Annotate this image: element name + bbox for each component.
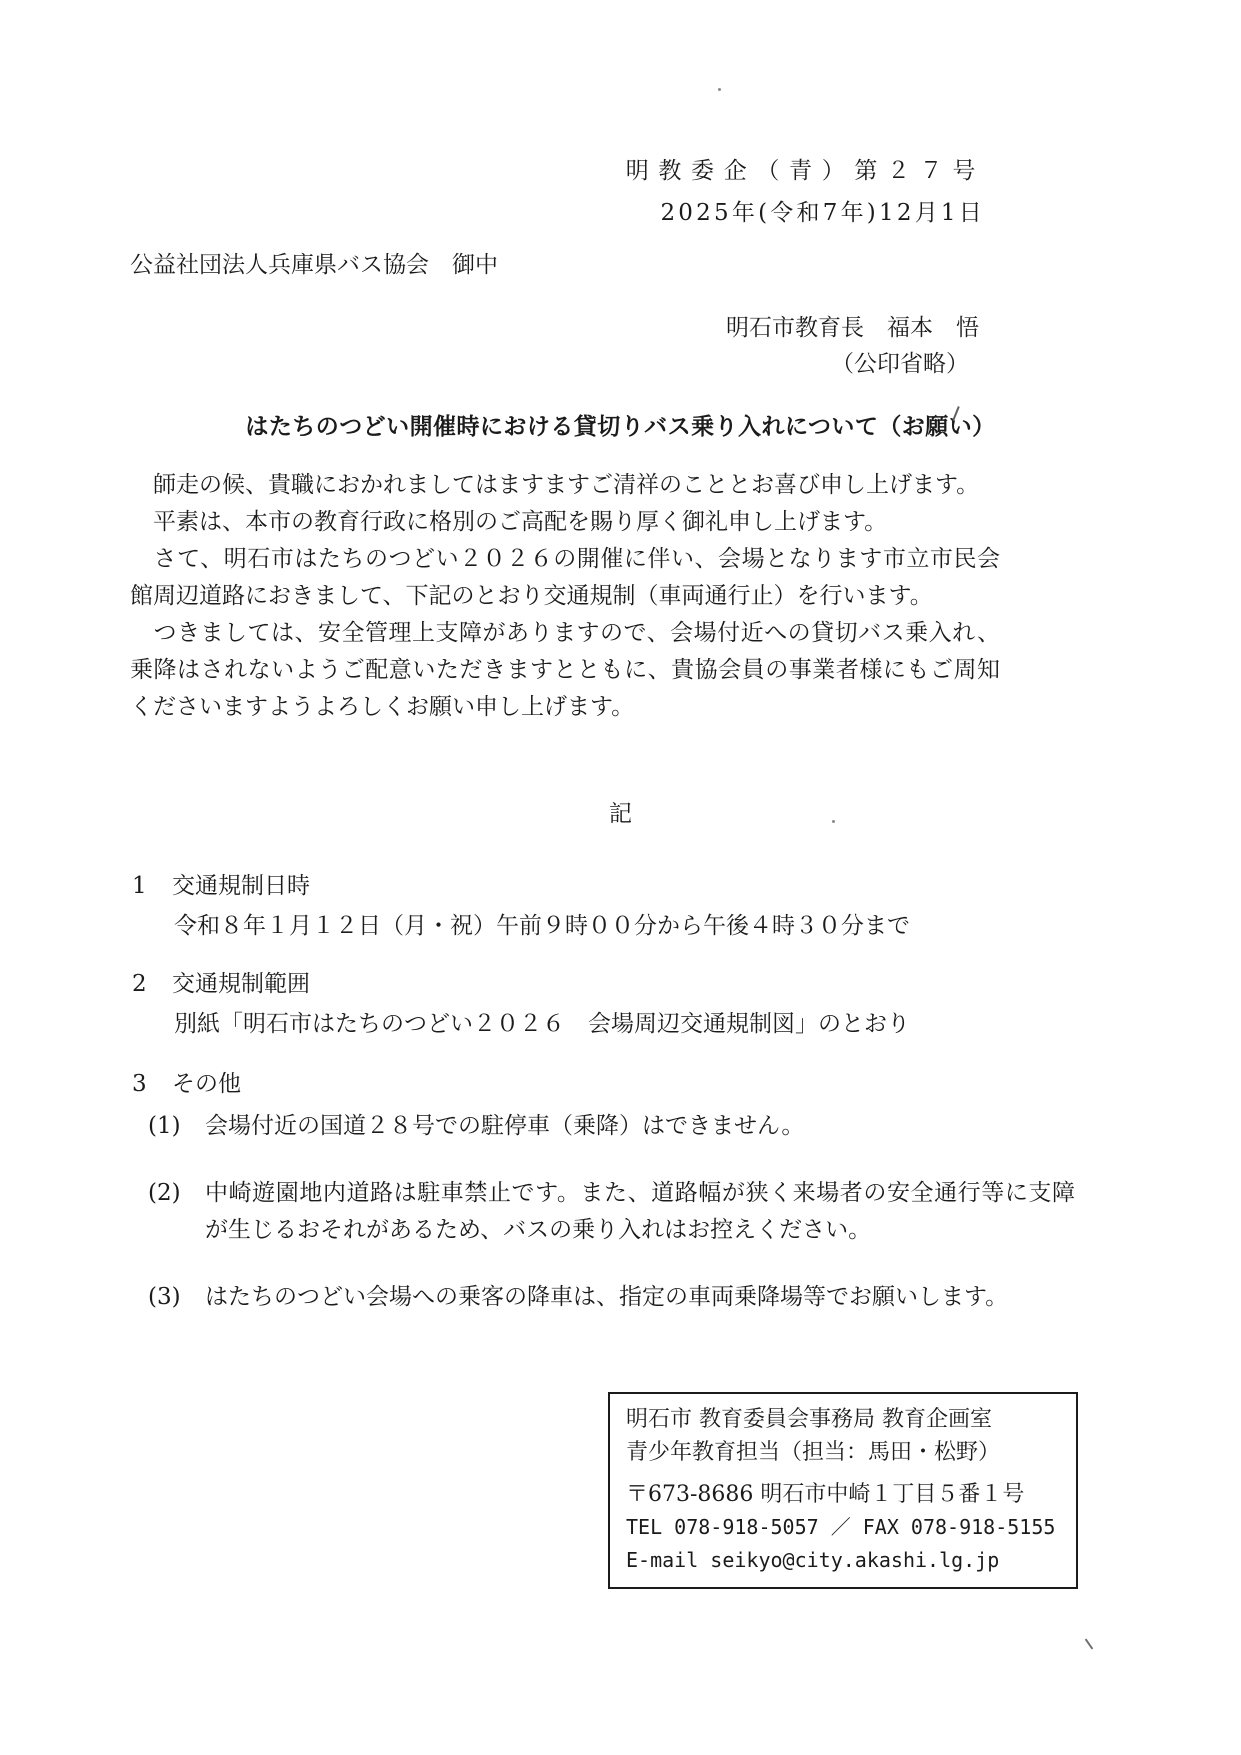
list-item-heading: 1 交通規制日時 [132, 870, 1132, 903]
list-item-number: 3 [132, 1068, 172, 1101]
contact-section: 青少年教育担当（担当：馬田・松野） [626, 1436, 1070, 1469]
body-paragraph: つきましては、安全管理上支障がありますので、会場付近への貸切バス乗入れ、乗降はさ… [130, 615, 1000, 726]
document-title: はたちのつどい開催時における貸切りバス乗り入れについて（お願い） [0, 408, 1241, 441]
contact-tel-fax: TEL 078-918-5057 ／ FAX 078-918-5155 [626, 1511, 1070, 1544]
list-item-heading-text: 交通規制範囲 [172, 968, 310, 1001]
sub-item: (3) はたちのつどい会場への乗客の降車は、指定の車両乗降場等でお願いします。 [148, 1279, 1132, 1316]
record-marker: 記 [0, 795, 1241, 828]
document-date: 2025年(令和7年)12月1日 [626, 194, 985, 227]
addressee: 公益社団法人兵庫県バス協会 御中 [130, 246, 498, 279]
sub-item: (1) 会場付近の国道２８号での駐停車（乗降）はできません。 [148, 1108, 1132, 1145]
sender-name: 明石市教育長 福本 悟 [726, 310, 979, 346]
list-item-heading: 2 交通規制範囲 [132, 968, 1132, 1001]
scan-artifact [832, 820, 835, 823]
contact-department: 明石市 教育委員会事務局 教育企画室 [626, 1403, 1070, 1436]
list-item-heading-text: 交通規制日時 [172, 870, 310, 903]
document-page: 明教委企（青）第２７号 2025年(令和7年)12月1日 公益社団法人兵庫県バス… [0, 0, 1241, 1755]
sub-item-text: はたちのつどい会場への乗客の降車は、指定の車両乗降場等でお願いします。 [205, 1279, 1075, 1316]
sub-item-number: (3) [148, 1279, 205, 1316]
list-item-number: 2 [132, 968, 172, 1001]
notice-list: 1 交通規制日時 令和８年１月１２日（月・祝）午前９時００分から午後４時３０分ま… [132, 870, 1132, 1316]
sub-item-number: (1) [148, 1108, 205, 1145]
scan-artifact [1085, 1639, 1094, 1650]
sub-item-text: 中崎遊園地内道路は駐車禁止です。また、道路幅が狭く来場者の安全通行等に支障が生じ… [205, 1175, 1075, 1249]
body-paragraph: 師走の候、貴職におかれましてはますますご清祥のこととお喜び申し上げます。 [130, 467, 1000, 504]
scan-artifact [718, 88, 721, 91]
sender-block: 明石市教育長 福本 悟 （公印省略） [726, 310, 979, 382]
contact-address: 〒673-8686 明石市中崎１丁目５番１号 [626, 1478, 1070, 1511]
list-item-heading-text: その他 [172, 1068, 241, 1101]
sub-item: (2) 中崎遊園地内道路は駐車禁止です。また、道路幅が狭く来場者の安全通行等に支… [148, 1175, 1132, 1249]
list-item: 2 交通規制範囲 別紙「明石市はたちのつどい２０２６ 会場周辺交通規制図」のとお… [132, 968, 1132, 1041]
document-number: 明教委企（青）第２７号 [626, 152, 985, 185]
list-item: 3 その他 (1) 会場付近の国道２８号での駐停車（乗降）はできません。 (2)… [132, 1068, 1132, 1316]
list-item-heading: 3 その他 [132, 1068, 1132, 1101]
body-paragraph: さて、明石市はたちのつどい２０２６の開催に伴い、会場となります市立市民会館周辺道… [130, 541, 1000, 615]
list-item-detail: 令和８年１月１２日（月・祝）午前９時００分から午後４時３０分まで [174, 910, 1132, 943]
body-paragraph: 平素は、本市の教育行政に格別のご高配を賜り厚く御礼申し上げます。 [130, 504, 1000, 541]
contact-box: 明石市 教育委員会事務局 教育企画室 青少年教育担当（担当：馬田・松野） 〒67… [608, 1392, 1078, 1589]
body-text: 師走の候、貴職におかれましてはますますご清祥のこととお喜び申し上げます。 平素は… [130, 467, 1000, 726]
document-meta: 明教委企（青）第２７号 2025年(令和7年)12月1日 [626, 152, 985, 227]
sub-item-number: (2) [148, 1175, 205, 1249]
list-item: 1 交通規制日時 令和８年１月１２日（月・祝）午前９時００分から午後４時３０分ま… [132, 870, 1132, 943]
sub-item-text: 会場付近の国道２８号での駐停車（乗降）はできません。 [205, 1108, 1075, 1145]
seal-omitted-note: （公印省略） [726, 346, 979, 382]
list-item-detail: 別紙「明石市はたちのつどい２０２６ 会場周辺交通規制図」のとおり [174, 1008, 1132, 1041]
contact-email: E-mail seikyo@city.akashi.lg.jp [626, 1544, 1070, 1577]
list-item-number: 1 [132, 870, 172, 903]
